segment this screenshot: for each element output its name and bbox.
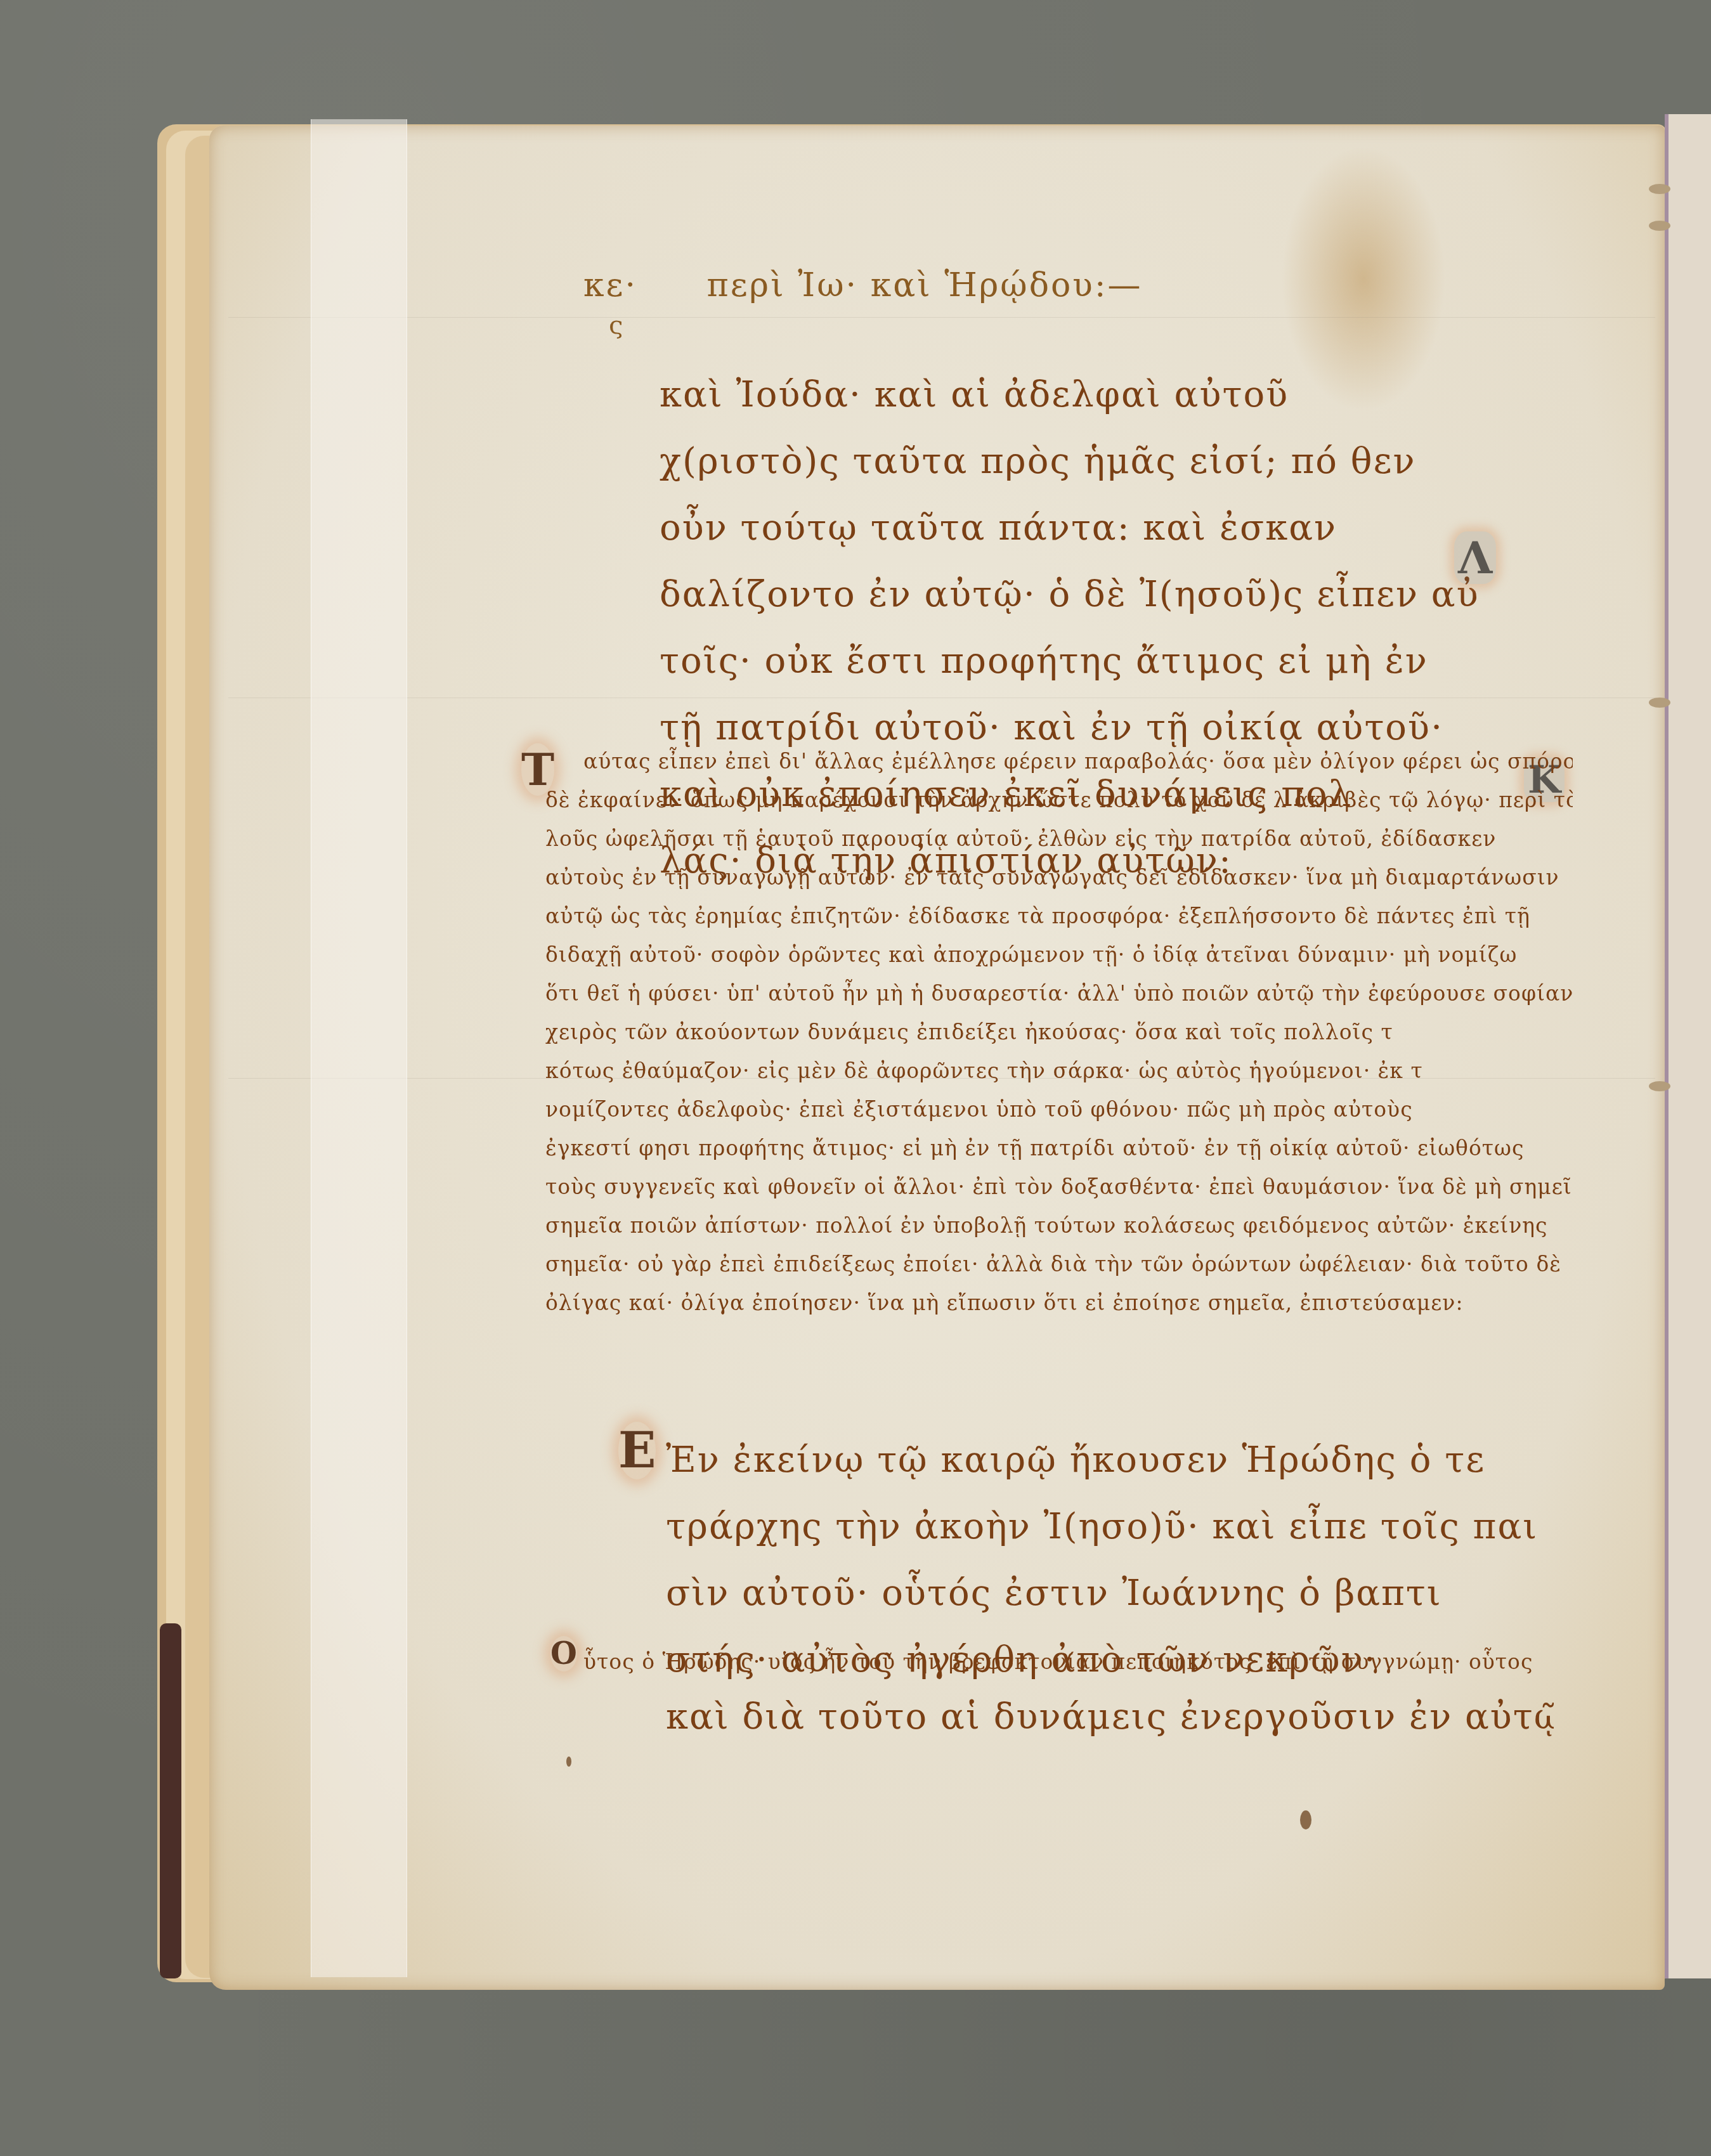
- commentary-line: δὲ ἐκφαίνει· ὅπως μὴ παρέχουσι τὴν ἀρχὴν…: [545, 781, 1573, 819]
- commentary-line: σημεῖα ποιῶν ἀπίστων· πολλοί ἐν ὑποβολῇ …: [545, 1206, 1573, 1245]
- commentary-line: ὗτος ὁ Ἡρώδης· υἱὸς ἦν τοῦ τὴν βρεφοκτον…: [583, 1642, 1611, 1681]
- clear-tape-strip: [311, 119, 407, 1977]
- decorated-initial: Ε: [618, 1422, 656, 1479]
- gospel-line: τράρχης τὴν ἀκοὴν Ἰ(ησο)ῦ· καὶ εἶπε τοῖς…: [666, 1493, 1554, 1560]
- commentary-line: σημεῖα· οὐ γὰρ ἐπεὶ ἐπιδείξεως ἐποίει· ἀ…: [545, 1245, 1573, 1283]
- margin-section-mark: Λ: [1454, 531, 1496, 584]
- commentary-block: αύτας εἶπεν ἐπεὶ δι' ἄλλας ἐμέλλησε φέρε…: [545, 742, 1573, 1322]
- binding-stitch: [1649, 184, 1670, 194]
- facing-page-edge: [1665, 114, 1711, 1978]
- ink-blot: [1300, 1810, 1311, 1829]
- chapter-subnumber: ς: [609, 311, 623, 340]
- commentary-line: κότως ἐθαύμαζον· εἰς μὲν δὲ ἀφορῶντες τὴ…: [545, 1051, 1573, 1090]
- gospel-lemma-block-2: Ἐν ἐκείνῳ τῷ καιρῷ ἤκουσεν Ἡρώδης ὁ τε τ…: [666, 1427, 1554, 1741]
- gospel-line: καὶ Ἰούδα· καὶ αἱ ἀδελφαὶ αὐτοῦ: [660, 361, 1547, 428]
- commentary-line: νομίζοντες ἀδελφοὺς· ἐπεὶ ἐξιστάμενοι ὑπ…: [545, 1090, 1573, 1129]
- gospel-line: Ἐν ἐκείνῳ τῷ καιρῷ ἤκουσεν Ἡρώδης ὁ τε: [666, 1427, 1554, 1493]
- chapter-number: κε·: [583, 266, 637, 304]
- chapter-title: περὶ Ἰω· καὶ Ἡρῴδου:—: [707, 266, 1143, 304]
- gospel-line: χ(ριστὸ)ς ταῦτα πρὸς ἡμᾶς εἰσί; πό θεν: [660, 428, 1547, 495]
- gospel-line: καὶ διὰ τοῦτο αἱ δυνάμεις ἐνεργοῦσιν ἐν …: [666, 1693, 1554, 1741]
- gospel-line: δαλίζοντο ἐν αὐτῷ· ὁ δὲ Ἰ(ησοῦ)ς εἶπεν α…: [660, 561, 1547, 628]
- commentary-block-2: ὗτος ὁ Ἡρώδης· υἱὸς ἦν τοῦ τὴν βρεφοκτον…: [583, 1642, 1611, 1681]
- commentary-line: λοῦς ὠφελῆσαι τῇ ἑαυτοῦ παρουσίᾳ αὐτοῦ· …: [545, 819, 1573, 858]
- commentary-line: διδαχῇ αὐτοῦ· σοφὸν ὁρῶντες καὶ ἀποχρώμε…: [545, 935, 1573, 974]
- commentary-line: αύτας εἶπεν ἐπεὶ δι' ἄλλας ἐμέλλησε φέρε…: [545, 742, 1573, 781]
- binding-stitch: [1649, 221, 1670, 231]
- ruling-line: [228, 317, 1655, 318]
- commentary-line: τοὺς συγγενεῖς καὶ φθονεῖν οἱ ἄλλοι· ἐπὶ…: [545, 1167, 1573, 1206]
- commentary-line: αὐτοὺς ἐν τῇ συναγωγῇ αὐτῶν· ἐν ταῖς συν…: [545, 858, 1573, 897]
- commentary-line: χειρὸς τῶν ἀκούοντων δυνάμεις ἐπιδείξει …: [545, 1013, 1573, 1051]
- binding-stitch: [1649, 698, 1670, 708]
- commentary-line: ὅτι θεῖ ἡ φύσει· ὑπ' αὐτοῦ ἦν μὴ ἡ δυσαρ…: [545, 974, 1573, 1013]
- ink-blot: [566, 1757, 571, 1767]
- binding-stitch: [1649, 1081, 1670, 1091]
- gospel-line: σὶν αὐτοῦ· οὗτός ἐστιν Ἰωάννης ὁ βαπτι: [666, 1560, 1554, 1627]
- commentary-line: ὀλίγας καί· ὀλίγα ἐποίησεν· ἵνα μὴ εἴπωσ…: [545, 1283, 1573, 1322]
- gospel-line: οὖν τούτῳ ταῦτα πάντα: καὶ ἐσκαν: [660, 495, 1547, 561]
- leather-binding-edge: [160, 1623, 181, 1978]
- decorated-initial: Ο: [550, 1636, 577, 1672]
- commentary-line: ἐγκεστί φησι προφήτης ἄτιμος· εἰ μὴ ἐν τ…: [545, 1129, 1573, 1167]
- commentary-line: αὐτῷ ὡς τὰς ἐρημίας ἐπιζητῶν· ἐδίδασκε τ…: [545, 897, 1573, 935]
- chapter-heading: κε· περὶ Ἰω· καὶ Ἡρῴδου:—: [583, 266, 1143, 304]
- gospel-line: τοῖς· οὐκ ἔστι προφήτης ἄτιμος εἰ μὴ ἐν: [660, 628, 1547, 694]
